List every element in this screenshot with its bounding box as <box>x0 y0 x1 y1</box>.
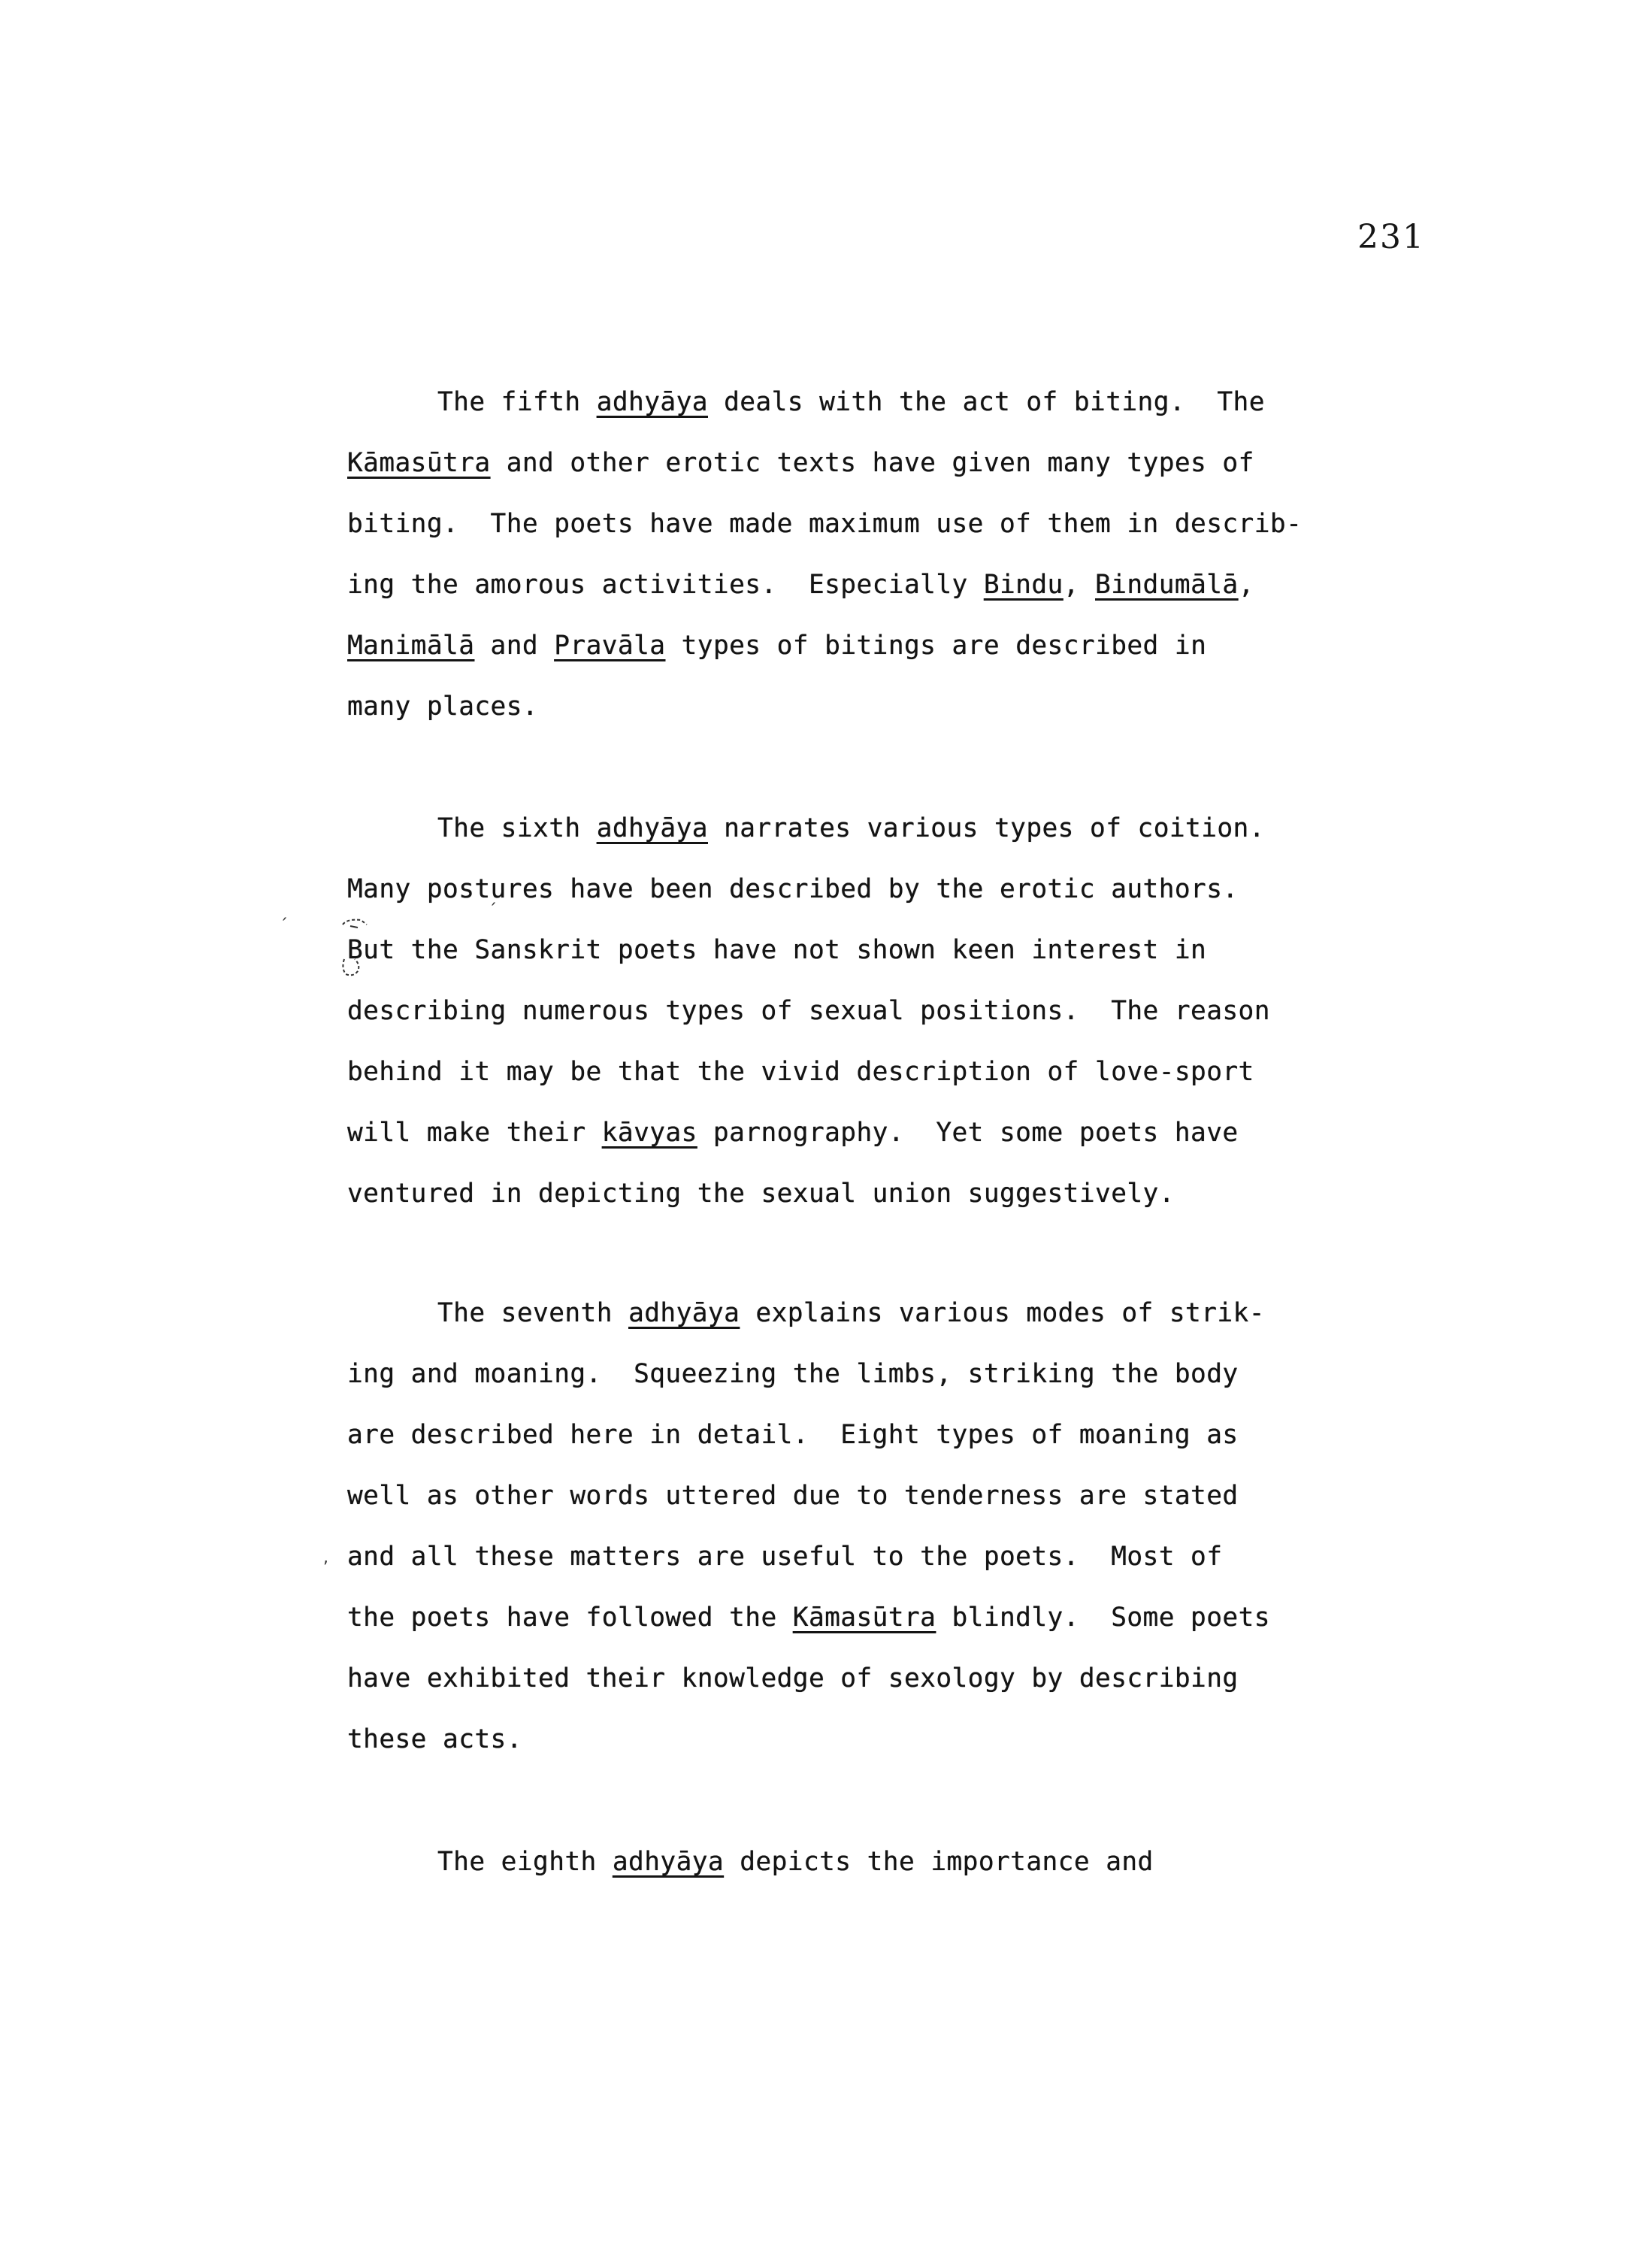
text-run: Many postures have been described by the… <box>347 874 1239 904</box>
text-line: many places. <box>347 694 538 720</box>
text-line: biting. The poets have made maximum use … <box>347 511 1302 537</box>
text-line: ventured in depicting the sexual union s… <box>347 1181 1175 1207</box>
text-run: will make their <box>347 1118 602 1148</box>
text-run: many places. <box>347 692 538 722</box>
text-run: have exhibited their knowledge of sexolo… <box>347 1663 1239 1694</box>
text-line: describing numerous types of sexual posi… <box>347 998 1270 1025</box>
text-run: ing the amorous activities. Especially <box>347 570 984 600</box>
text-line: The fifth adhyāya deals with the act of … <box>437 389 1265 416</box>
text-line: Kāmasūtra and other erotic texts have gi… <box>347 450 1254 477</box>
margin-tick-mark: ˏ <box>489 887 497 906</box>
text-run: But the Sanskrit poets have not shown ke… <box>347 935 1206 965</box>
text-line: and all these matters are useful to the … <box>347 1544 1222 1570</box>
underlined-term: adhyāya <box>628 1298 740 1328</box>
text-line: behind it may be that the vivid descript… <box>347 1059 1254 1085</box>
text-line: the poets have followed the Kāmasūtra bl… <box>347 1605 1270 1631</box>
margin-tick-mark: ˏ <box>280 902 288 921</box>
text-run: The seventh <box>437 1298 628 1328</box>
text-line: Many postures have been described by the… <box>347 876 1239 903</box>
text-run: behind it may be that the vivid descript… <box>347 1057 1254 1087</box>
text-run: and all these matters are useful to the … <box>347 1542 1222 1572</box>
underlined-term: adhyāya <box>597 813 708 843</box>
text-run: ing and moaning. Squeezing the limbs, st… <box>347 1359 1239 1389</box>
text-run: well as other words uttered due to tende… <box>347 1481 1239 1511</box>
margin-annotation-mark <box>340 917 385 977</box>
text-run: are described here in detail. Eight type… <box>347 1420 1239 1450</box>
text-run: ventured in depicting the sexual union s… <box>347 1179 1175 1209</box>
underlined-term: Pravāla <box>554 631 665 661</box>
page-number: 231 <box>1357 218 1425 256</box>
text-line: ing the amorous activities. Especially B… <box>347 572 1254 598</box>
text-line: will make their kāvyas parnography. Yet … <box>347 1120 1239 1146</box>
text-run: biting. The poets have made maximum use … <box>347 509 1302 539</box>
underlined-term: adhyāya <box>613 1847 724 1877</box>
text-run: and <box>474 631 554 661</box>
text-line: well as other words uttered due to tende… <box>347 1483 1239 1509</box>
text-run: , <box>1064 570 1095 600</box>
text-line: The seventh adhyāya explains various mod… <box>437 1300 1265 1327</box>
text-run: The fifth <box>437 387 597 417</box>
text-run: , <box>1239 570 1254 600</box>
text-run: types of bitings are described in <box>665 631 1206 661</box>
underlined-term: kāvyas <box>602 1118 697 1148</box>
text-line: But the Sanskrit poets have not shown ke… <box>347 937 1206 964</box>
text-line: are described here in detail. Eight type… <box>347 1422 1239 1448</box>
margin-tick-mark: , <box>323 1548 328 1567</box>
text-run: The sixth <box>437 813 597 843</box>
text-run: these acts. <box>347 1724 522 1754</box>
underlined-term: Manimālā <box>347 631 474 661</box>
underlined-term: Bindumālā <box>1095 570 1239 600</box>
text-run: explains various modes of strik- <box>740 1298 1265 1328</box>
text-run: the poets have followed the <box>347 1603 793 1633</box>
text-run: parnography. Yet some poets have <box>697 1118 1239 1148</box>
underlined-term: Bindu <box>984 570 1064 600</box>
text-line: have exhibited their knowledge of sexolo… <box>347 1666 1239 1692</box>
text-run: blindly. Some poets <box>936 1603 1270 1633</box>
text-run: describing numerous types of sexual posi… <box>347 996 1270 1026</box>
underlined-term: adhyāya <box>597 387 708 417</box>
text-run: depicts the importance and <box>724 1847 1154 1877</box>
text-line: ing and moaning. Squeezing the limbs, st… <box>347 1361 1239 1388</box>
text-run: narrates various types of coition. <box>708 813 1265 843</box>
text-line: The sixth adhyāya narrates various types… <box>437 816 1265 842</box>
text-run: and other erotic texts have given many t… <box>491 448 1254 478</box>
text-line: these acts. <box>347 1727 522 1753</box>
underlined-term: Kāmasūtra <box>347 448 491 478</box>
text-run: The eighth <box>437 1847 613 1877</box>
underlined-term: Kāmasūtra <box>793 1603 936 1633</box>
text-line: The eighth adhyāya depicts the importanc… <box>437 1849 1154 1875</box>
text-line: Manimālā and Pravāla types of bitings ar… <box>347 633 1206 659</box>
text-run: deals with the act of biting. The <box>708 387 1265 417</box>
